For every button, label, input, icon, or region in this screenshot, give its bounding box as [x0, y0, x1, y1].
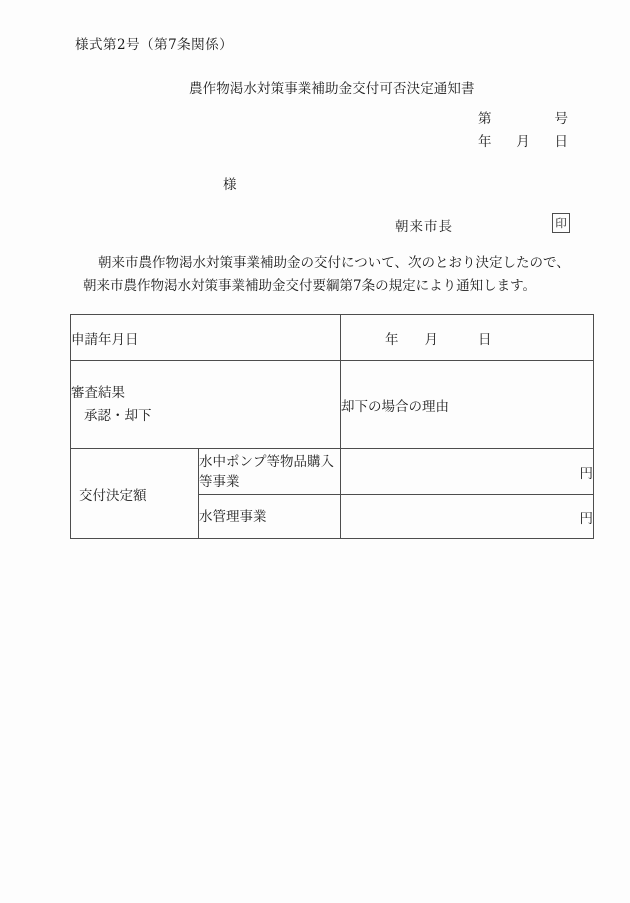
review-result-options: 承認・却下 — [71, 405, 340, 428]
date-month-label: 月 — [516, 131, 530, 154]
water-management-amount-cell: 円 — [341, 495, 594, 539]
document-page: 様式第2号（第7条関係） 農作物渇水対策事業補助金交付可否決定通知書 第 号 年… — [0, 0, 630, 903]
pump-project-unit: 円 — [580, 466, 594, 482]
rejection-reason-label: 却下の場合の理由 — [341, 399, 449, 415]
application-date-year-label: 年 — [385, 328, 399, 348]
pump-project-amount-cell: 円 — [341, 449, 594, 495]
doc-number-prefix: 第 — [478, 108, 492, 131]
table-row-application-date: 申請年月日 年 月 日 — [71, 315, 594, 361]
date-year-label: 年 — [478, 131, 492, 154]
body-line-2: 朝来市農作物渇水対策事業補助金交付要綱第7条の規定により通知します。 — [83, 275, 595, 298]
body-paragraph: 朝来市農作物渇水対策事業補助金の交付について、次のとおり決定したので、 朝来市農… — [83, 252, 595, 298]
pump-project-label: 水中ポンプ等物品購入等事業 — [199, 454, 334, 490]
table-row-pump-project: 交付決定額 水中ポンプ等物品購入等事業 円 — [71, 449, 594, 495]
form-number: 様式第2号（第7条関係） — [75, 33, 233, 53]
water-management-unit: 円 — [580, 511, 594, 527]
date-day-label: 日 — [555, 131, 569, 154]
number-date-block: 第 号 年 月 日 — [478, 108, 568, 154]
grant-amount-label: 交付決定額 — [79, 488, 147, 504]
grant-amount-label-cell: 交付決定額 — [71, 449, 199, 539]
doc-number-suffix: 号 — [555, 108, 569, 131]
seal-icon: 印 — [555, 215, 567, 231]
application-date-label: 申請年月日 — [71, 332, 139, 348]
rejection-reason-cell: 却下の場合の理由 — [341, 361, 594, 449]
review-result-cell: 審査結果 承認・却下 — [71, 361, 341, 449]
pump-project-label-cell: 水中ポンプ等物品購入等事業 — [199, 449, 341, 495]
decision-table: 申請年月日 年 月 日 審査結果 承認・却下 却下の場合の理由 — [70, 314, 594, 539]
seal-box: 印 — [552, 213, 570, 233]
sender-title: 朝来市長 — [395, 215, 453, 235]
application-date-month-label: 月 — [425, 328, 439, 348]
application-date-value-cell: 年 月 日 — [341, 315, 594, 361]
water-management-label: 水管理事業 — [199, 509, 267, 525]
application-date-blanks: 年 月 日 — [341, 328, 593, 348]
table-row-review-result: 審査結果 承認・却下 却下の場合の理由 — [71, 361, 594, 449]
application-date-day-label: 日 — [478, 328, 492, 348]
application-date-label-cell: 申請年月日 — [71, 315, 341, 361]
addressee-honorific: 様 — [223, 173, 237, 193]
doc-number-line: 第 号 — [478, 108, 568, 131]
body-line-1: 朝来市農作物渇水対策事業補助金の交付について、次のとおり決定したので、 — [83, 252, 595, 275]
water-management-label-cell: 水管理事業 — [199, 495, 341, 539]
document-title: 農作物渇水対策事業補助金交付可否決定通知書 — [189, 77, 475, 97]
review-result-label: 審査結果 — [71, 382, 340, 405]
date-line: 年 月 日 — [478, 131, 568, 154]
